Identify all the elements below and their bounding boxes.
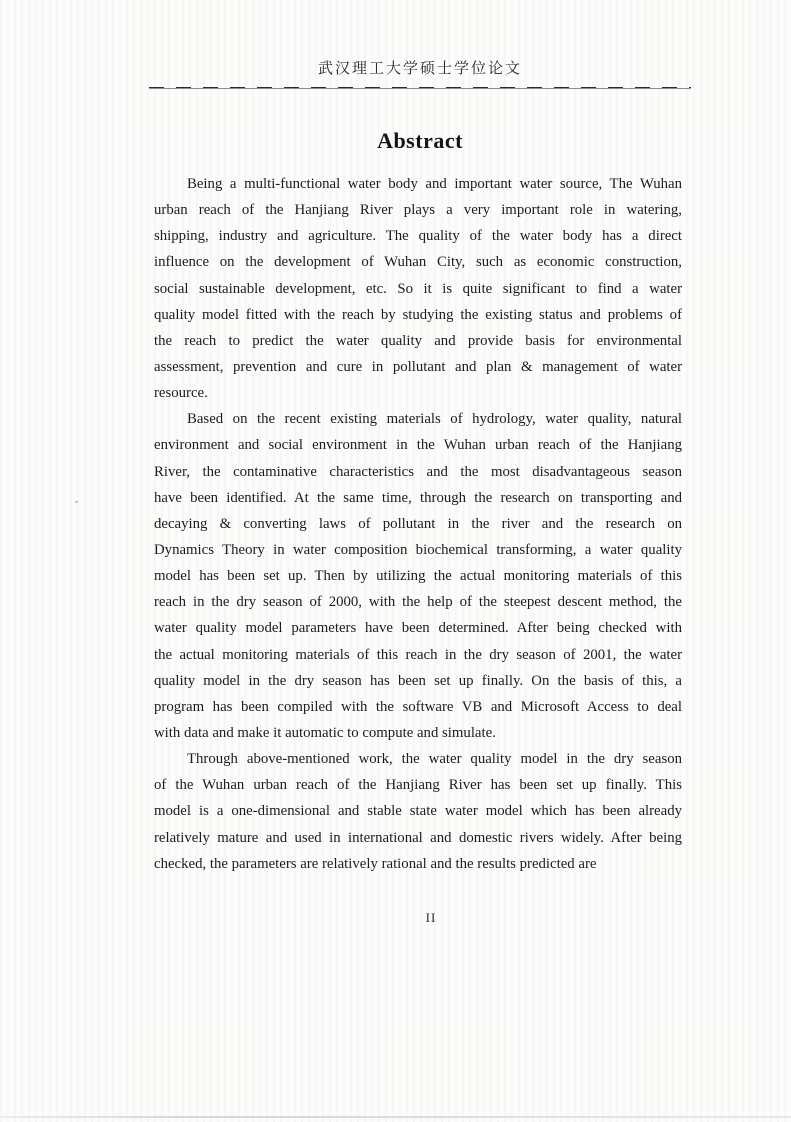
body-line: Based on the recent existing materials o… [154, 406, 682, 432]
body-line: Being a multi-functional water body and … [154, 171, 682, 197]
body-line: resource. [154, 380, 682, 406]
body-line: water quality model parameters have been… [154, 615, 682, 641]
body-line: social sustainable development, etc. So … [154, 276, 682, 302]
body-line: quality model in the dry season has been… [154, 668, 682, 694]
body-line: shipping, industry and agriculture. The … [154, 223, 682, 249]
body-line: assessment, prevention and cure in pollu… [154, 354, 682, 380]
body-line: environment and social environment in th… [154, 432, 682, 458]
body-line: the actual monitoring materials of this … [154, 642, 682, 668]
paragraph-1: Being a multi-functional water body and … [154, 171, 682, 406]
body-line: reach in the dry season of 2000, with th… [154, 589, 682, 615]
body-line: checked, the parameters are relatively r… [154, 851, 682, 877]
scan-bottom-edge [0, 1116, 791, 1118]
header-rule [149, 86, 691, 90]
body-line: Through above-mentioned work, the water … [154, 746, 682, 772]
body-line: with data and make it automatic to compu… [154, 720, 682, 746]
body-line: of the Wuhan urban reach of the Hanjiang… [154, 772, 682, 798]
body-line: urban reach of the Hanjiang River plays … [154, 197, 682, 223]
body-line: the reach to predict the water quality a… [154, 328, 682, 354]
body-line: model has been set up. Then by utilizing… [154, 563, 682, 589]
paragraph-3: Through above-mentioned work, the water … [154, 746, 682, 877]
scanned-page: 武汉理工大学硕士学位论文 Abstract Being a multi-func… [0, 0, 791, 1122]
body-line: Dynamics Theory in water composition bio… [154, 537, 682, 563]
body-line: decaying & converting laws of pollutant … [154, 511, 682, 537]
paragraph-2: Based on the recent existing materials o… [154, 406, 682, 746]
body-line: program has been compiled with the softw… [154, 694, 682, 720]
page-number: II [150, 910, 690, 926]
body-line: quality model fitted with the reach by s… [154, 302, 682, 328]
body-line: relatively mature and used in internatio… [154, 825, 682, 851]
scan-speck [75, 501, 78, 503]
body-line: River, the contaminative characteristics… [154, 459, 682, 485]
abstract-body: Being a multi-functional water body and … [154, 171, 682, 877]
body-line: have been identified. At the same time, … [154, 485, 682, 511]
body-line: model is a one-dimensional and stable st… [154, 798, 682, 824]
body-line: influence on the development of Wuhan Ci… [154, 249, 682, 275]
header-title: 武汉理工大学硕士学位论文 [150, 57, 690, 78]
page-title: Abstract [150, 128, 690, 154]
